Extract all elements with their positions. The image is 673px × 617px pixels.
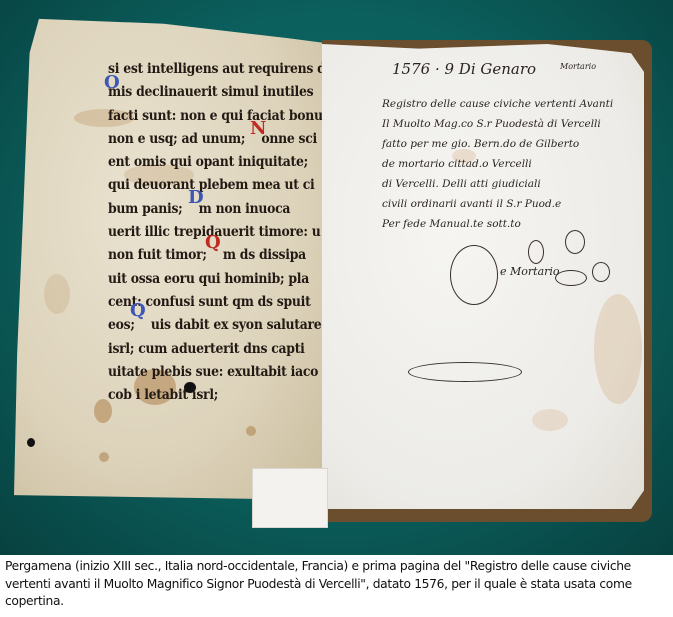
text-line: qui deuorant plebem mea ut ci [108,177,314,193]
text-line: de mortario cittad.o Vercelli [382,158,532,170]
register-date: 1576 · 9 Di Genaro [392,60,536,78]
text-line: mis declinauerit simul inutiles [108,84,313,100]
text-line: cob i letabit isrl; [108,387,218,403]
illuminated-initial: N [250,118,266,139]
closing-flourish [408,362,522,382]
notary-name: Mortario [560,62,596,71]
text-line: facti sunt: non e qui faciat bonu [108,108,323,124]
illuminated-initial: Q [205,232,221,253]
stain [44,274,70,314]
signature-flourish [565,230,585,254]
signature-flourish [528,240,544,264]
stain [246,426,256,436]
signature: e Mortario [500,265,560,278]
text-line: Registro delle cause civiche vertenti Av… [382,98,613,110]
text-line: ent omis qui opant iniquitate; [108,154,308,170]
illuminated-initial: O [104,72,120,93]
text-line: isrl; cum aduerterit dns capti [108,341,305,357]
text-line: uitate plebis sue: exultabit iaco [108,364,318,380]
photo-caption: Pergamena (inizio XIII sec., Italia nord… [5,558,670,611]
stain [594,294,642,404]
signature-flourish [592,262,610,282]
illuminated-initial: D [188,187,204,208]
text-line: di Vercelli. Delli atti giudiciali [382,178,541,190]
text-line: fatto per me gio. Bern.do de Gilberto [382,138,579,150]
manuscript-photo: si est intelligens aut requirens dm; mis… [0,0,673,555]
text-line: Il Muolto Mag.co S.r Puodestà di Vercell… [382,118,601,130]
stain [532,409,568,431]
text-line: non e usq; ad unum; onne sci [108,131,317,147]
stain [99,452,109,462]
paper-label [252,468,328,528]
text-line: uit ossa eoru qui hominib; pla [108,271,309,287]
register-text: Registro delle cause civiche vertenti Av… [382,94,632,234]
text-line: Per fede Manual.te sott.to [382,218,521,230]
illuminated-initial: Q [130,300,146,321]
ink-dot [27,438,35,447]
signature-flourish [450,245,498,305]
text-line: si est intelligens aut requirens dm; [108,61,343,77]
text-line: civili ordinarii avanti il S.r Puod.e [382,198,561,210]
